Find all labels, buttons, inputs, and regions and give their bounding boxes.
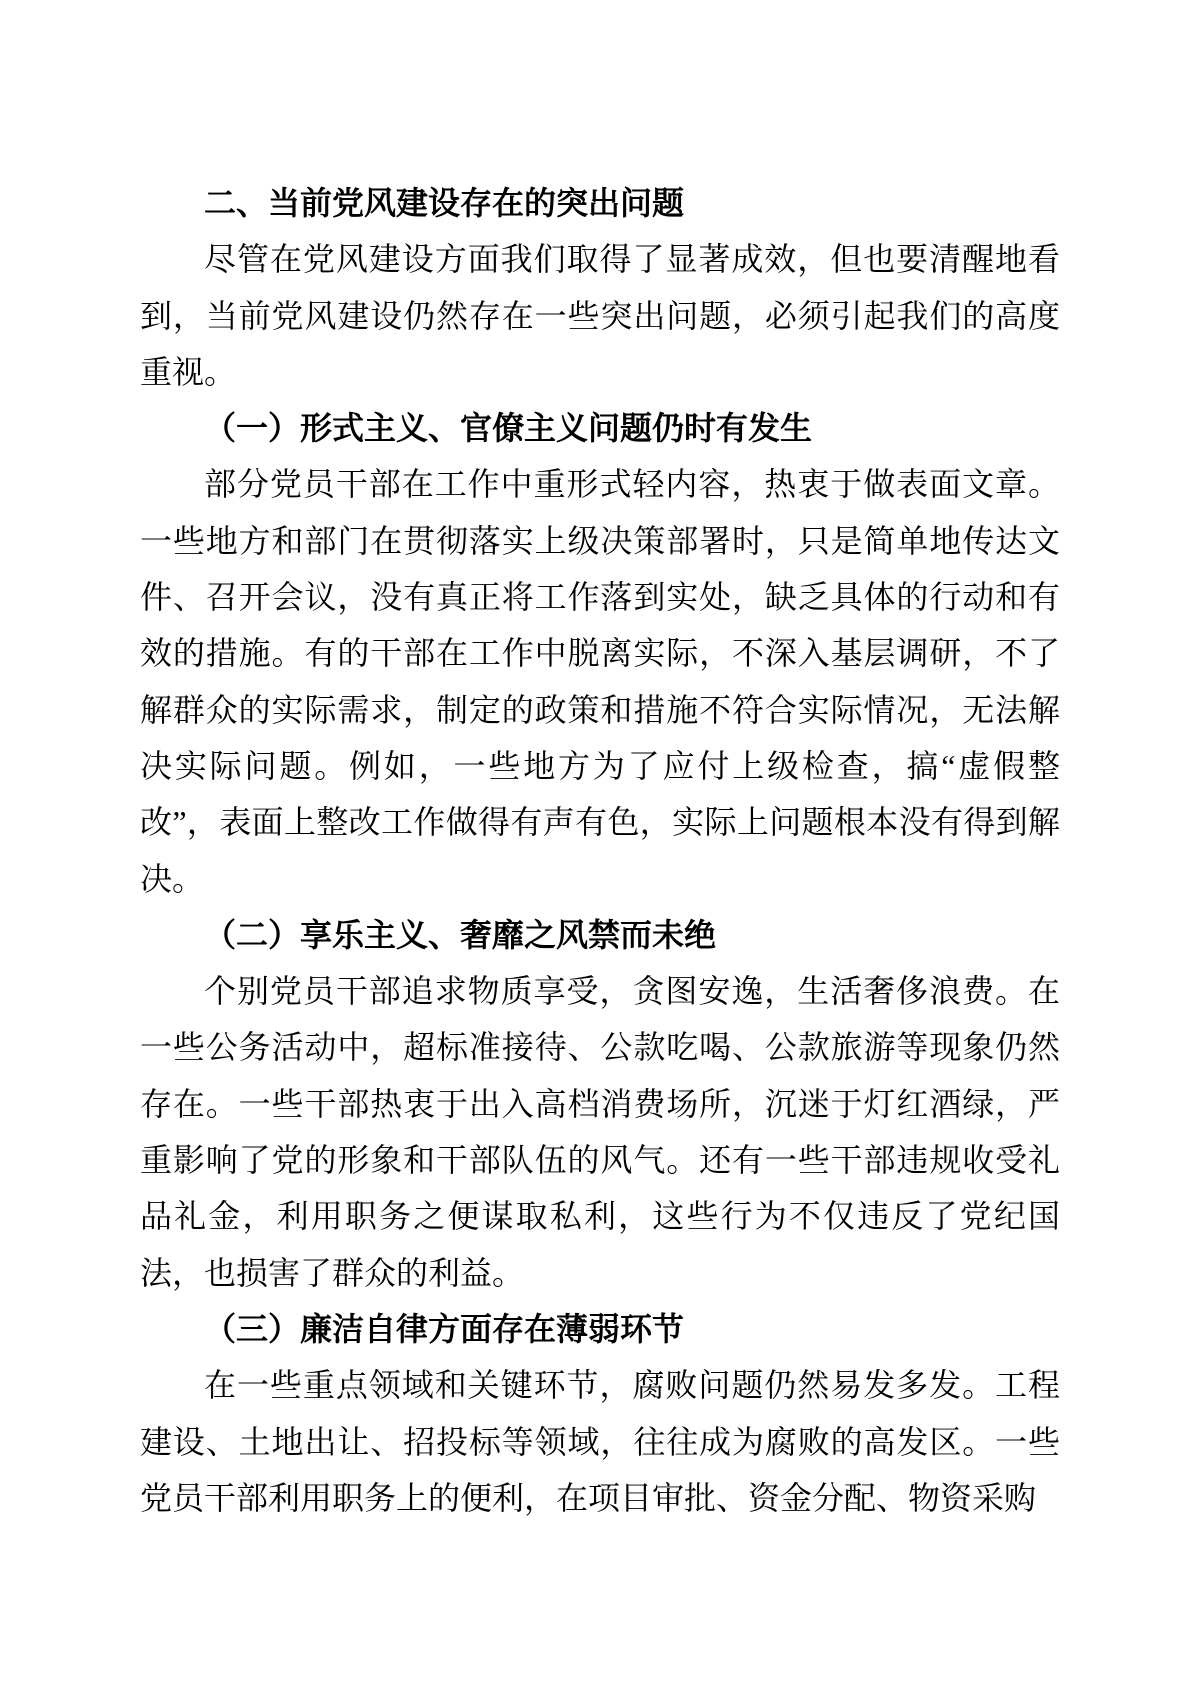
paragraph-intro: 尽管在党风建设方面我们取得了显著成效，但也要清醒地看到，当前党风建设仍然存在一些… [140,231,1060,400]
section-heading: 二、当前党风建设存在的突出问题 [140,175,1060,231]
document-content: 二、当前党风建设存在的突出问题 尽管在党风建设方面我们取得了显著成效，但也要清醒… [140,175,1060,1526]
paragraph-1: 部分党员干部在工作中重形式轻内容，热衷于做表面文章。一些地方和部门在贯彻落实上级… [140,456,1060,906]
paragraph-2: 个别党员干部追求物质享受，贪图安逸，生活奢侈浪费。在一些公务活动中，超标准接待、… [140,963,1060,1301]
subheading-1: （一）形式主义、官僚主义问题仍时有发生 [140,400,1060,456]
subheading-3: （三）廉洁自律方面存在薄弱环节 [140,1301,1060,1357]
document-page: 二、当前党风建设存在的突出问题 尽管在党风建设方面我们取得了显著成效，但也要清醒… [0,0,1190,1683]
subheading-2: （二）享乐主义、奢靡之风禁而未绝 [140,907,1060,963]
paragraph-3: 在一些重点领域和关键环节，腐败问题仍然易发多发。工程建设、土地出让、招投标等领域… [140,1357,1060,1526]
